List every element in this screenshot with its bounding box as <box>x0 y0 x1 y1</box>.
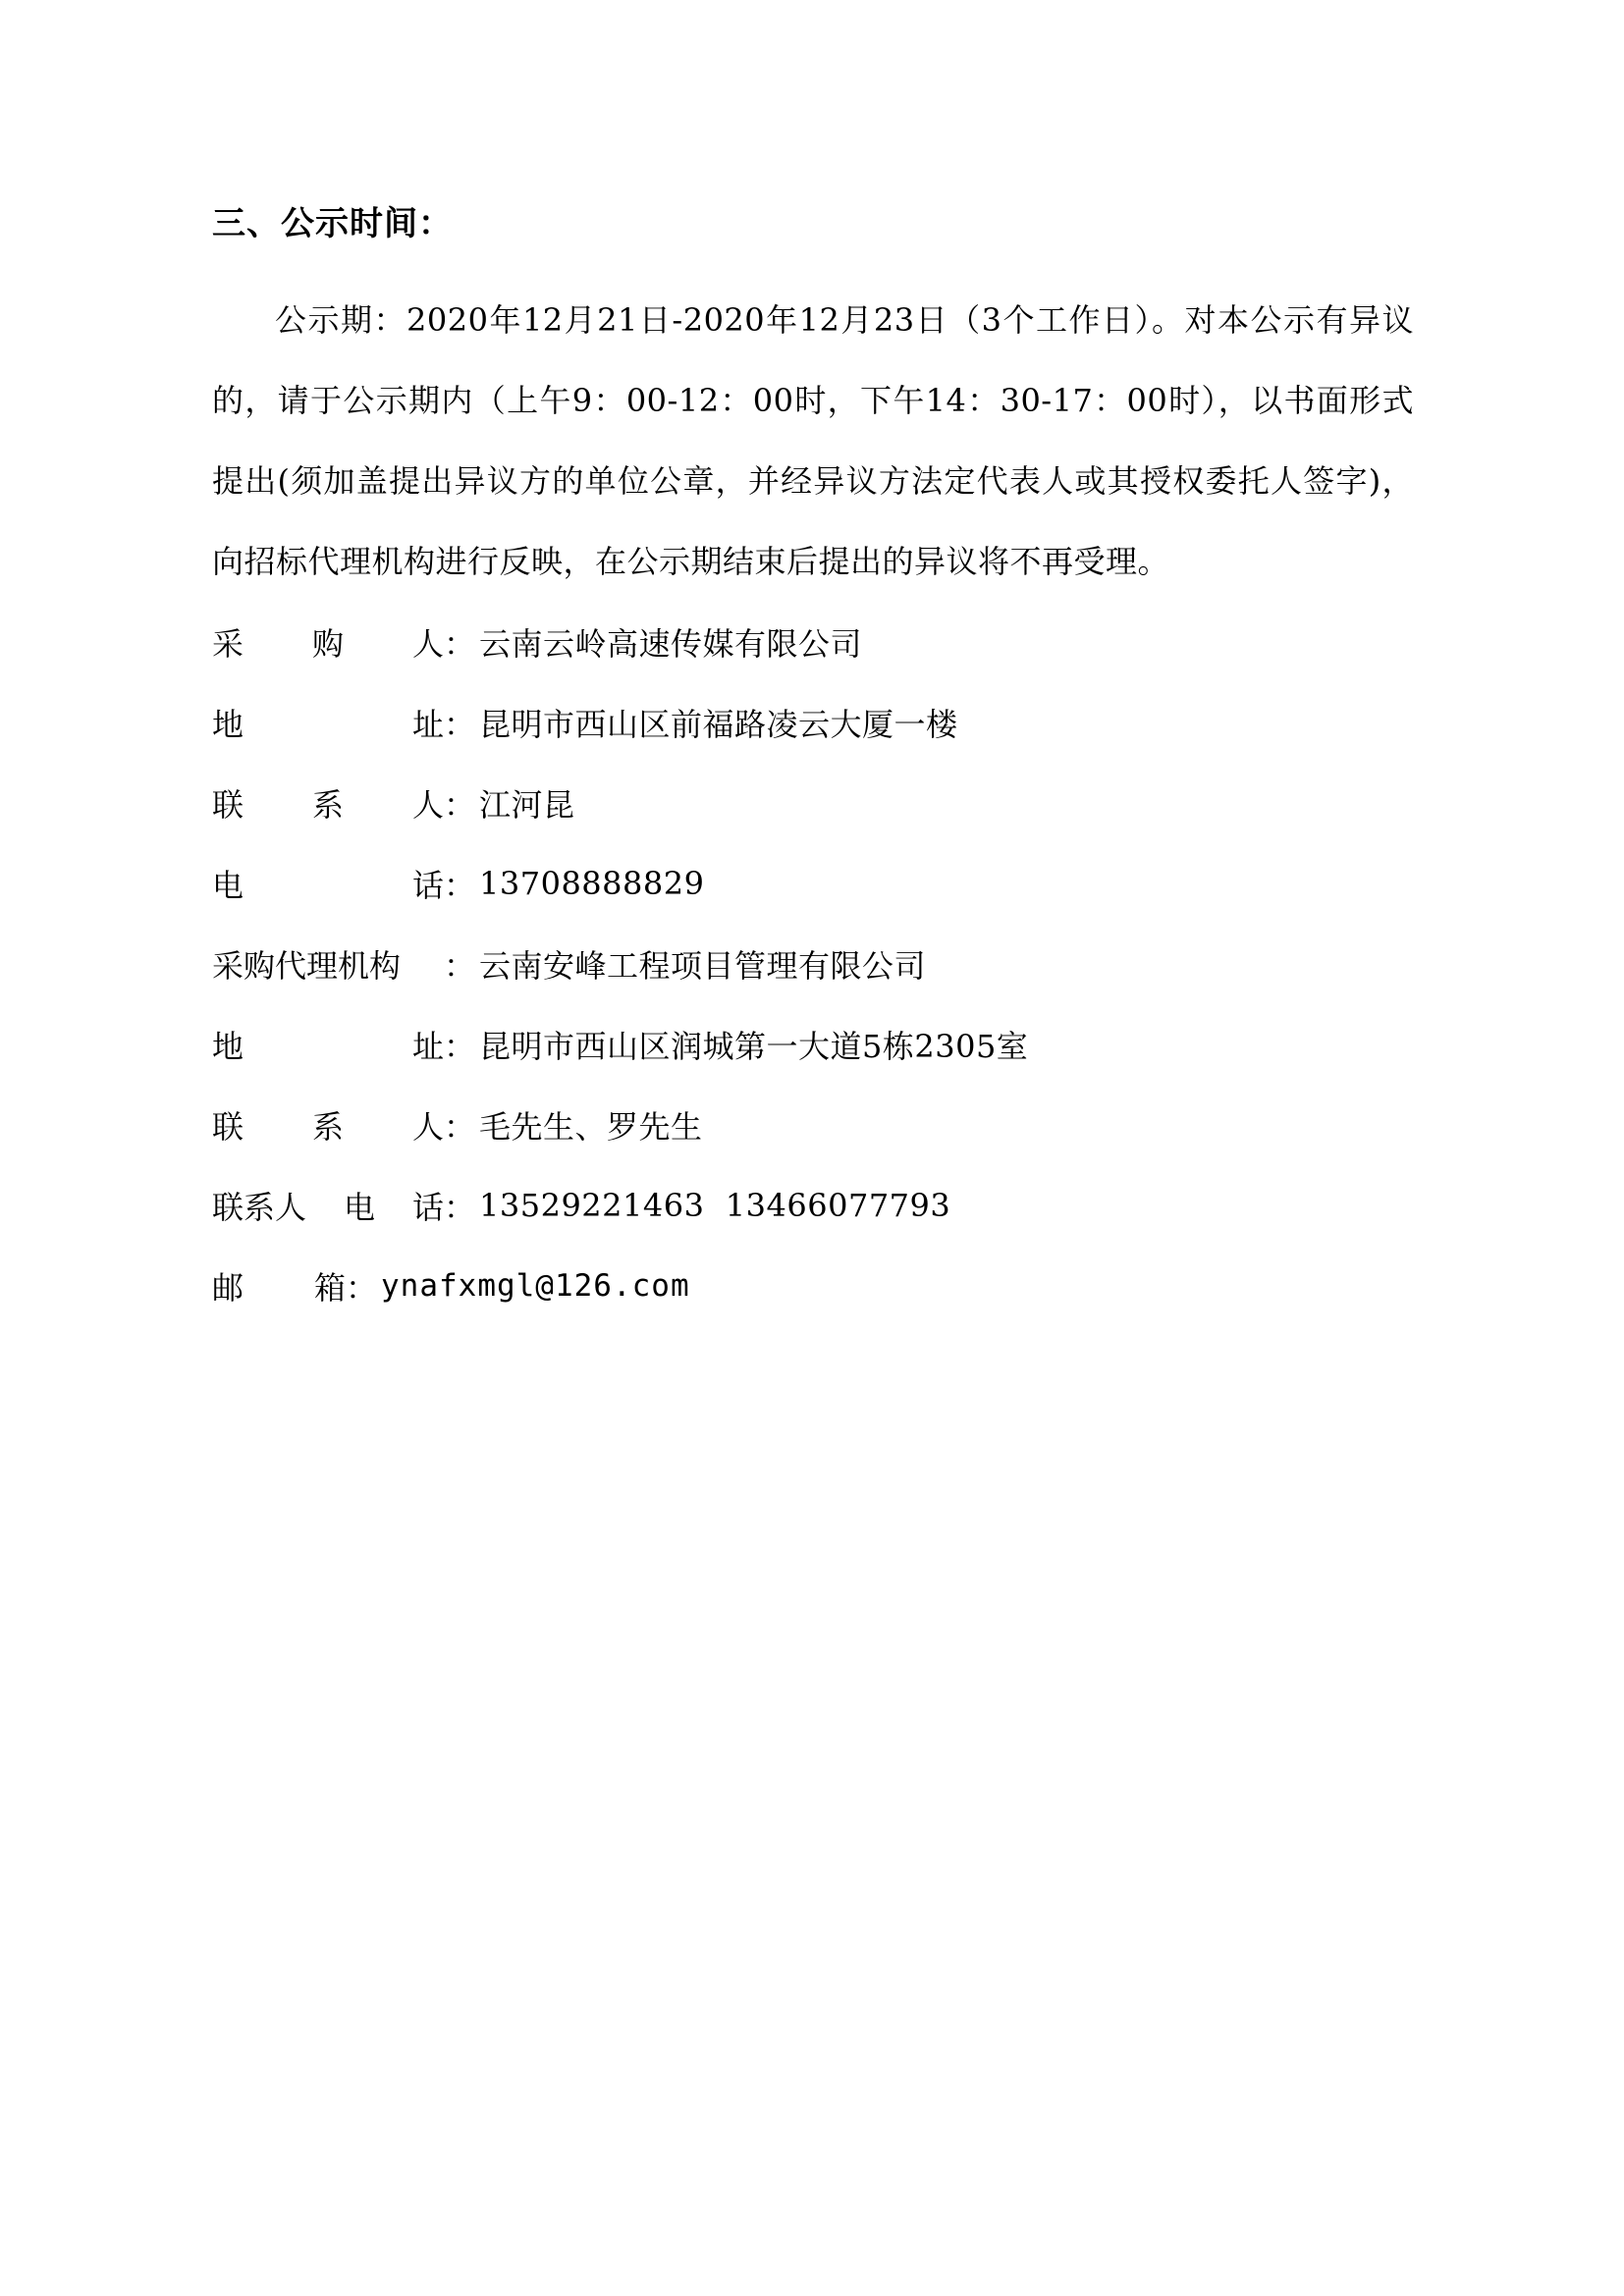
agency-email-value: ynafxmgl@126.com <box>381 1268 690 1304</box>
agency-contact-row: 联 系 人 ： 毛先生、罗先生 <box>212 1085 1414 1165</box>
purchaser-label: 采 购 人 <box>212 619 444 665</box>
purchaser-phone-value: 13708888829 <box>479 865 704 902</box>
agency-value: 云南安峰工程项目管理有限公司 <box>479 941 926 987</box>
notice-paragraph: 公示期：2020年12月21日-2020年12月23日（3个工作日）。对本公示有… <box>212 280 1414 602</box>
purchaser-value: 云南云岭高速传媒有限公司 <box>479 619 862 665</box>
purchaser-contact-row: 联 系 人 ： 江河昆 <box>212 763 1414 843</box>
agency-address-label: 地 址 <box>212 1022 444 1067</box>
purchaser-address-row: 地 址 ： 昆明市西山区前福路凌云大厦一楼 <box>212 682 1414 763</box>
purchaser-address-label: 地 址 <box>212 700 444 745</box>
contact-info-list: 采 购 人 ： 云南云岭高速传媒有限公司 地 址 ： 昆明市西山区前福路凌云大厦… <box>212 602 1414 1326</box>
purchaser-phone-row: 电 话 ： 13708888829 <box>212 843 1414 924</box>
section-heading: 三、公示时间： <box>212 199 1414 248</box>
agency-address-row: 地 址 ： 昆明市西山区润城第一大道5栋2305室 <box>212 1004 1414 1085</box>
agency-phone-label: 联系人 电 话 <box>212 1183 444 1228</box>
purchaser-contact-value: 江河昆 <box>479 780 575 826</box>
agency-phone-value: 13529221463 13466077793 <box>479 1187 950 1224</box>
agency-row: 采购代理机构 ： 云南安峰工程项目管理有限公司 <box>212 924 1414 1004</box>
purchaser-row: 采 购 人 ： 云南云岭高速传媒有限公司 <box>212 602 1414 682</box>
agency-email-row: 邮 箱 ： ynafxmgl@126.com <box>212 1246 1414 1326</box>
agency-email-label: 邮 箱 <box>212 1263 346 1308</box>
agency-address-value: 昆明市西山区润城第一大道5栋2305室 <box>479 1022 1028 1067</box>
purchaser-contact-label: 联 系 人 <box>212 780 444 826</box>
document-content: 三、公示时间： 公示期：2020年12月21日-2020年12月23日（3个工作… <box>212 199 1414 1326</box>
purchaser-address-value: 昆明市西山区前福路凌云大厦一楼 <box>479 700 958 745</box>
agency-contact-value: 毛先生、罗先生 <box>479 1102 703 1148</box>
agency-label: 采购代理机构 <box>212 941 444 987</box>
agency-phone-row: 联系人 电 话 ： 13529221463 13466077793 <box>212 1165 1414 1246</box>
agency-contact-label: 联 系 人 <box>212 1102 444 1148</box>
document-page: 三、公示时间： 公示期：2020年12月21日-2020年12月23日（3个工作… <box>0 0 1624 2296</box>
purchaser-phone-label: 电 话 <box>212 861 444 906</box>
